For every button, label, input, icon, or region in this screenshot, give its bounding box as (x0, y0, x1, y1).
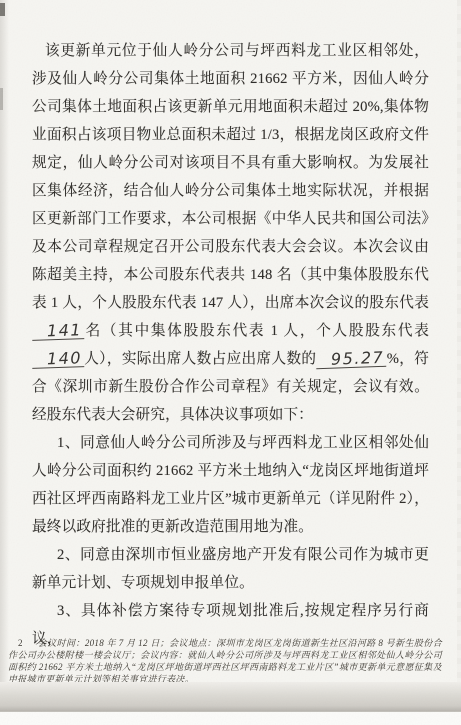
paragraph-intro: 该更新单元位于仙人岭分公司与坪西料龙工业区相邻处，涉及仙人岭分公司集体土地面积 … (32, 37, 429, 429)
scan-shadow-bottom (0, 682, 461, 711)
handwritten-individual-shareholder-count: 140 (32, 350, 85, 369)
scanned-document-page: 该更新单元位于仙人岭分公司与坪西料龙工业区相邻处，涉及仙人岭分公司集体土地面积 … (0, 0, 461, 725)
footnote: 2会议时间：2018 年 7 月 12 日；会议地点：深圳市龙岗区龙岗街道新生社… (8, 637, 442, 685)
body-text-segment: 名（其中集体股股东代表 1 人，个人股股东代表 (84, 323, 429, 339)
footnote-marker: 2 (18, 638, 23, 648)
body-text-segment: 该更新单元位于仙人岭分公司与坪西料龙工业区相邻处，涉及仙人岭分公司集体土地面积 … (32, 43, 429, 311)
resolution-item-1: 1、同意仙人岭分公司所涉及与坪西料龙工业区相邻处仙人岭分公司面积约 21662 … (32, 429, 429, 541)
resolution-item-2: 2、同意由深圳市恒业盛房地产开发有限公司作为城市更新单元计划、专项规划申报单位。 (32, 541, 429, 597)
handwritten-attending-representatives-count: 141 (32, 322, 85, 341)
handwritten-attendance-percentage: 95.27 (316, 350, 387, 369)
scan-mark-mid-left (0, 88, 3, 110)
scan-strip-bottom (0, 711, 461, 725)
footnote-text: 会议时间：2018 年 7 月 12 日；会议地点：深圳市龙岗区龙岗街道新生社区… (8, 638, 442, 684)
body-text-segment: 人），实际出席人数占应出席人数的 (84, 351, 316, 367)
document-body: 该更新单元位于仙人岭分公司与坪西料龙工业区相邻处，涉及仙人岭分公司集体土地面积 … (0, 0, 461, 653)
scan-mark-top-left (0, 3, 5, 16)
scan-edge-right (457, 0, 461, 725)
